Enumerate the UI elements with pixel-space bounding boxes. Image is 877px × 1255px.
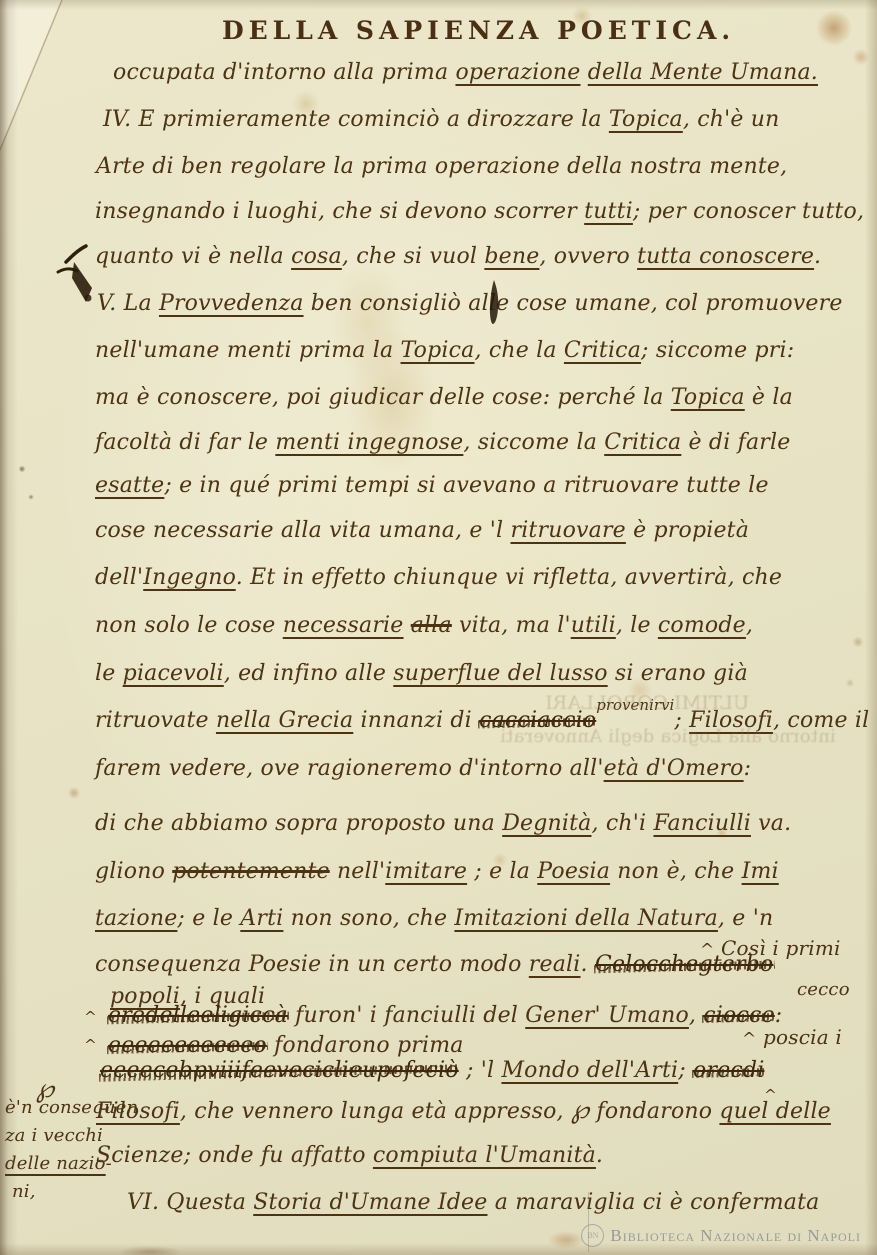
manuscript-line: Scienze; onde fu affatto compiuta l'Uman…	[96, 1141, 603, 1171]
manuscript-line: ^ poscia i	[742, 1022, 842, 1054]
manuscript-line: Filosofi, che vennero lunga età appresso…	[96, 1095, 831, 1127]
manuscript-line: non solo le cose necessarie alla vita, m…	[95, 611, 753, 641]
manuscript-line: quanto vi è nella cosa, che si vuol bene…	[95, 242, 821, 272]
manuscript-line: dell'Ingegno. Et in effetto chiunque vi …	[95, 563, 782, 593]
manuscript-line: gliono potentemente nell'imitare ; e la …	[95, 857, 779, 887]
manuscript-line: di che abbiamo sopra proposto una Degnit…	[95, 809, 791, 839]
manuscript-scan: DELLA SAPIENZA POETICA. occupata d'intor…	[0, 0, 877, 1255]
manuscript-line: cecco	[797, 975, 850, 1005]
manuscript-line: VI. Questa Storia d'Umane Idee a maravig…	[127, 1188, 819, 1218]
manuscript-line: ^	[84, 1002, 97, 1032]
library-watermark: BN Biblioteca Nazionale di Napoli	[581, 1224, 861, 1247]
library-logo-icon: BN	[581, 1224, 604, 1247]
manuscript-line: delle nazio-	[5, 1152, 112, 1176]
manuscript-line: nell'umane menti prima la Topica, che la…	[95, 336, 794, 366]
manuscript-line: ni,	[12, 1180, 36, 1204]
manuscript-line: intorno alla Logica degli Annoverati	[500, 722, 836, 752]
page-title: DELLA SAPIENZA POETICA.	[0, 16, 877, 45]
manuscript-line: Arte di ben regolare la prima operazione…	[96, 152, 787, 182]
manuscript-line: ma è conoscere, poi giudicar delle cose:…	[95, 383, 793, 413]
manuscript-line: facoltà di far le menti ingegnose, sicco…	[95, 428, 790, 458]
manuscript-line: le piacevoli, ed infino alle superflue d…	[95, 659, 748, 689]
manuscript-line: eeeecebpviiifeeveciclieupefeciò ; 'l Mon…	[100, 1056, 764, 1086]
manuscript-line: V. La Provvedenza ben consigliò alle cos…	[97, 289, 843, 319]
manuscript-line: occupata d'intorno alla prima operazione…	[113, 58, 818, 88]
manuscript-line: farem vedere, ove ragioneremo d'intorno …	[95, 754, 751, 784]
manuscript-line: eredelleeligiccà furon' i fanciulli del …	[108, 1001, 782, 1031]
manuscript-line: ^	[84, 1030, 97, 1060]
manuscript-line: esatte; e in qué primi tempi si avevano …	[95, 471, 769, 501]
manuscript-line: tazione; e le Arti non sono, che Imitazi…	[95, 904, 773, 934]
manuscript-line: IV. E primieramente cominciò a dirozzare…	[103, 105, 780, 135]
watermark-label: Biblioteca Nazionale di Napoli	[610, 1226, 861, 1246]
manuscript-line: ULTIMI COROLLARI	[545, 688, 749, 718]
manuscript-line: za i vecchi	[5, 1124, 103, 1148]
manuscript-line: insegnando i luoghi, che si devono scorr…	[95, 197, 864, 227]
manuscript-line: cose necessarie alla vita umana, e 'l ri…	[95, 516, 749, 546]
manuscript-line: è'n consequen	[5, 1096, 138, 1120]
manuscript-line: consequenza Poesie in un certo modo real…	[95, 950, 773, 980]
